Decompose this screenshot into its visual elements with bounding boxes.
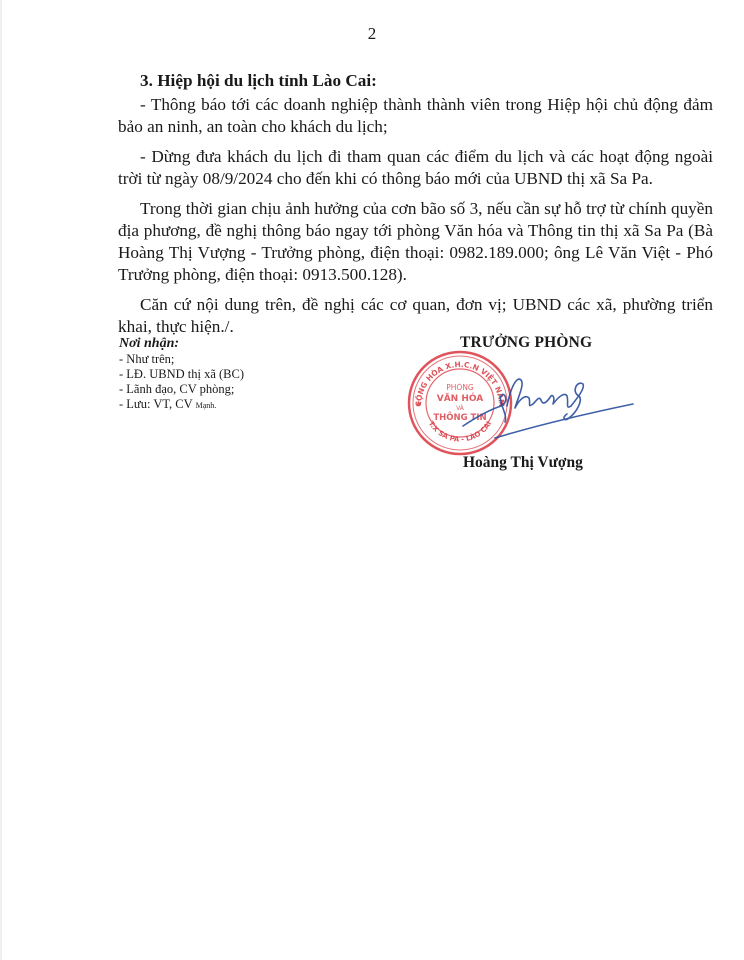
recipient-item: - Lãnh đạo, CV phòng;: [119, 382, 244, 397]
recipients-block: Nơi nhận: - Như trên; - LĐ. UBND thị xã …: [119, 336, 244, 413]
page-number: 2: [0, 24, 744, 44]
svg-text:★: ★: [415, 399, 422, 408]
handwritten-signature-icon: [455, 366, 635, 446]
recipient-item-suffix: Mạnh.: [196, 401, 217, 410]
paragraph-implementation: Căn cứ nội dung trên, đề nghị các cơ qua…: [118, 294, 713, 338]
recipient-item-text: - Lưu: VT, CV: [119, 397, 192, 411]
signature-block: TRƯỞNG PHÒNG CỘNG HÒA X.H.C.N VIỆT NAM T…: [405, 334, 635, 484]
page-edge: [0, 0, 2, 960]
document-body: 3. Hiệp hội du lịch tỉnh Lào Cai: - Thôn…: [118, 70, 713, 346]
recipients-title: Nơi nhận:: [119, 336, 244, 351]
signer-name: Hoàng Thị Vượng: [463, 454, 583, 472]
paragraph-contact-support: Trong thời gian chịu ảnh hưởng của cơn b…: [118, 198, 713, 286]
recipient-item: - LĐ. UBND thị xã (BC): [119, 367, 244, 382]
recipient-item: - Như trên;: [119, 352, 244, 367]
paragraph-notify-members: - Thông báo tới các doanh nghiệp thành t…: [118, 94, 713, 138]
section-heading: 3. Hiệp hội du lịch tỉnh Lào Cai:: [118, 70, 713, 92]
paragraph-stop-tours: - Dừng đưa khách du lịch đi tham quan cá…: [118, 146, 713, 190]
recipient-item: - Lưu: VT, CV Mạnh.: [119, 397, 244, 413]
